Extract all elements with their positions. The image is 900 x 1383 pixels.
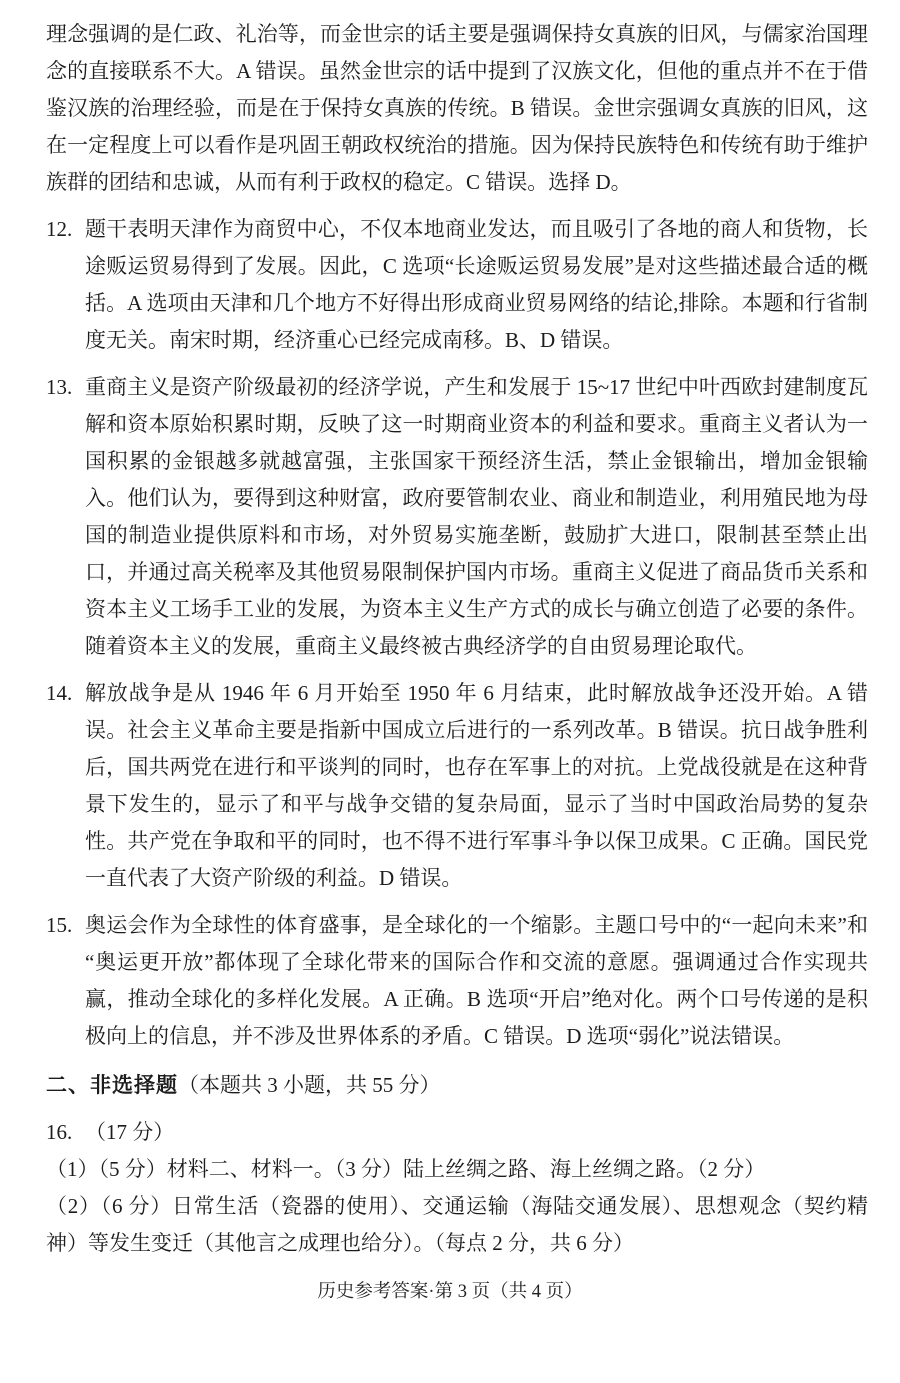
document-page: 理念强调的是仁政、礼治等，而金世宗的话主要是强调保持女真族的旧风，与儒家治国理念…: [0, 0, 900, 1383]
section-heading-non-choice: 二、非选择题（本题共 3 小题，共 55 分）: [46, 1067, 868, 1104]
item-number-12: 12.: [46, 211, 72, 248]
answer-item-13: 13. 重商主义是资产阶级最初的经济学说，产生和发展于 15~17 世纪中叶西欧…: [46, 369, 868, 665]
answer-item-15: 15. 奥运会作为全球性的体育盛事，是全球化的一个缩影。主题口号中的“一起向未来…: [46, 907, 868, 1055]
item-number-13: 13.: [46, 369, 72, 406]
item-text-12: 题干表明天津作为商贸中心，不仅本地商业发达，而且吸引了各地的商人和货物，长途贩运…: [85, 211, 868, 359]
item-text-13: 重商主义是资产阶级最初的经济学说，产生和发展于 15~17 世纪中叶西欧封建制度…: [85, 369, 868, 665]
answer-item-14: 14. 解放战争是从 1946 年 6 月开始至 1950 年 6 月结束，此时…: [46, 675, 868, 897]
item-score-16: （17 分）: [85, 1114, 868, 1151]
section-heading-title: 二、非选择题: [46, 1074, 178, 1097]
item-number-16: 16.: [46, 1114, 72, 1151]
item-number-14: 14.: [46, 675, 72, 712]
answer-16-part-2: （2）（6 分）日常生活（瓷器的使用）、交通运输（海陆交通发展）、思想观念（契约…: [46, 1188, 868, 1262]
item-text-14: 解放战争是从 1946 年 6 月开始至 1950 年 6 月结束，此时解放战争…: [85, 675, 868, 897]
answer-16-part-1: （1）（5 分）材料二、材料一。（3 分）陆上丝绸之路、海上丝绸之路。（2 分）: [46, 1151, 868, 1188]
answer-item-12: 12. 题干表明天津作为商贸中心，不仅本地商业发达，而且吸引了各地的商人和货物，…: [46, 211, 868, 359]
item-text-15: 奥运会作为全球性的体育盛事，是全球化的一个缩影。主题口号中的“一起向未来”和“奥…: [85, 907, 868, 1055]
item-number-15: 15.: [46, 907, 72, 944]
answer-key-content: 理念强调的是仁政、礼治等，而金世宗的话主要是强调保持女真族的旧风，与儒家治国理念…: [46, 16, 868, 1262]
answer-item-16: 16. （17 分）: [46, 1114, 868, 1151]
answer-continuation-q11: 理念强调的是仁政、礼治等，而金世宗的话主要是强调保持女真族的旧风，与儒家治国理念…: [46, 16, 868, 201]
section-heading-note: （本题共 3 小题，共 55 分）: [178, 1073, 441, 1097]
page-footer: 历史参考答案·第 3 页（共 4 页）: [0, 1280, 900, 1304]
